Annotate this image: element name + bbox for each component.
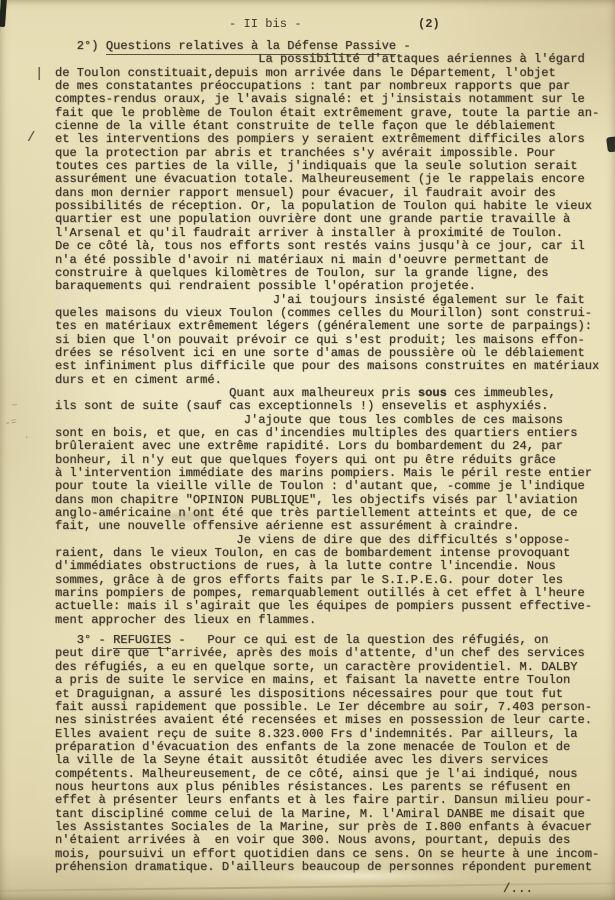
text-line: mois, poursuivi un effort quotidien dans… bbox=[55, 848, 615, 861]
text-line: J'ajoute que tous les combles de ces mai… bbox=[55, 414, 615, 427]
text-line: n'étaient arrivées à en voir que 300. No… bbox=[55, 834, 615, 847]
page-header-section-number: - II bis - bbox=[229, 18, 302, 31]
text-line: a pris de suite le service en mains, et … bbox=[55, 674, 615, 687]
text-line: et les interventions des pompiers y sera… bbox=[55, 133, 615, 146]
text-line: assurément une évacuation totale. Malheu… bbox=[55, 173, 615, 186]
page-number: (2) bbox=[418, 18, 440, 31]
typewritten-page: - II bis - (2) 2°) Questions relatives à… bbox=[0, 0, 615, 900]
text-line: Elles avaient reçu de suite 8.323.000 Fr… bbox=[55, 728, 615, 741]
text-line: tant discipliné comme celui de la Marine… bbox=[55, 808, 615, 821]
margin-mark: | bbox=[35, 66, 43, 82]
text-line: bonheur, il n'y eut que quelques foyers … bbox=[55, 454, 615, 467]
text-line: d'immédiates obstructions de rues, à la … bbox=[55, 560, 615, 573]
text-line: peut dire que l'arrivée, après des mois … bbox=[55, 647, 615, 660]
text-line: brûleraient avec une extrême rapidité. L… bbox=[55, 440, 615, 453]
text-line: ment approcher des lieux en flammes. bbox=[55, 614, 615, 627]
text-line: la ville de la Seyne était aussitôt étud… bbox=[55, 754, 615, 767]
ink-smudge-top-left bbox=[0, 0, 7, 27]
text-line: La possibilité d'attaques aériennes à l'… bbox=[55, 53, 615, 66]
text-line: durs et en ciment armé. bbox=[55, 374, 615, 387]
paper-crease-highlight bbox=[240, 868, 480, 884]
text-line: comptes-rendus oraux, je l'avais signalé… bbox=[55, 93, 615, 106]
document-body: 2°) Questions relatives à la Défense Pas… bbox=[0, 40, 615, 874]
text-line: et Draguignan, a assuré les dispositions… bbox=[55, 688, 615, 701]
text-line: effet à présenter leurs enfants et à les… bbox=[55, 794, 615, 807]
text-line: quartier est une population ouvrière don… bbox=[55, 213, 615, 226]
text-line: est infiniment plus difficile que pour d… bbox=[55, 360, 615, 373]
text-line: pour toute la vieille ville de Toulon : … bbox=[55, 480, 615, 493]
text-line: J'ai toujours insisté également sur le f… bbox=[55, 294, 615, 307]
text-line: tes en matériaux extrêmement légers (gén… bbox=[55, 320, 615, 333]
text-line: fait, une nouvelle offensive aérienne es… bbox=[55, 520, 615, 533]
text-line: ils sont de suite (sauf cas exceptionnel… bbox=[55, 400, 615, 413]
text-line: n'a été possible d'avoir ni matériaux ni… bbox=[55, 254, 615, 267]
text-line: actuelle: mais il s'agirait que les équi… bbox=[55, 600, 615, 613]
text-line: baraquements qui rendraient possible l'o… bbox=[55, 280, 615, 293]
margin-mark: / bbox=[27, 130, 35, 146]
text-line: nes sinistrées avaient été recensées et … bbox=[55, 714, 615, 727]
text-line: compétents. Malheureusement, de ce côté,… bbox=[55, 768, 615, 781]
text-line: si bien que l'on pouvait prévoir ce qui … bbox=[55, 334, 615, 347]
text-line: De ce côté là, tous nos efforts sont res… bbox=[55, 240, 615, 253]
